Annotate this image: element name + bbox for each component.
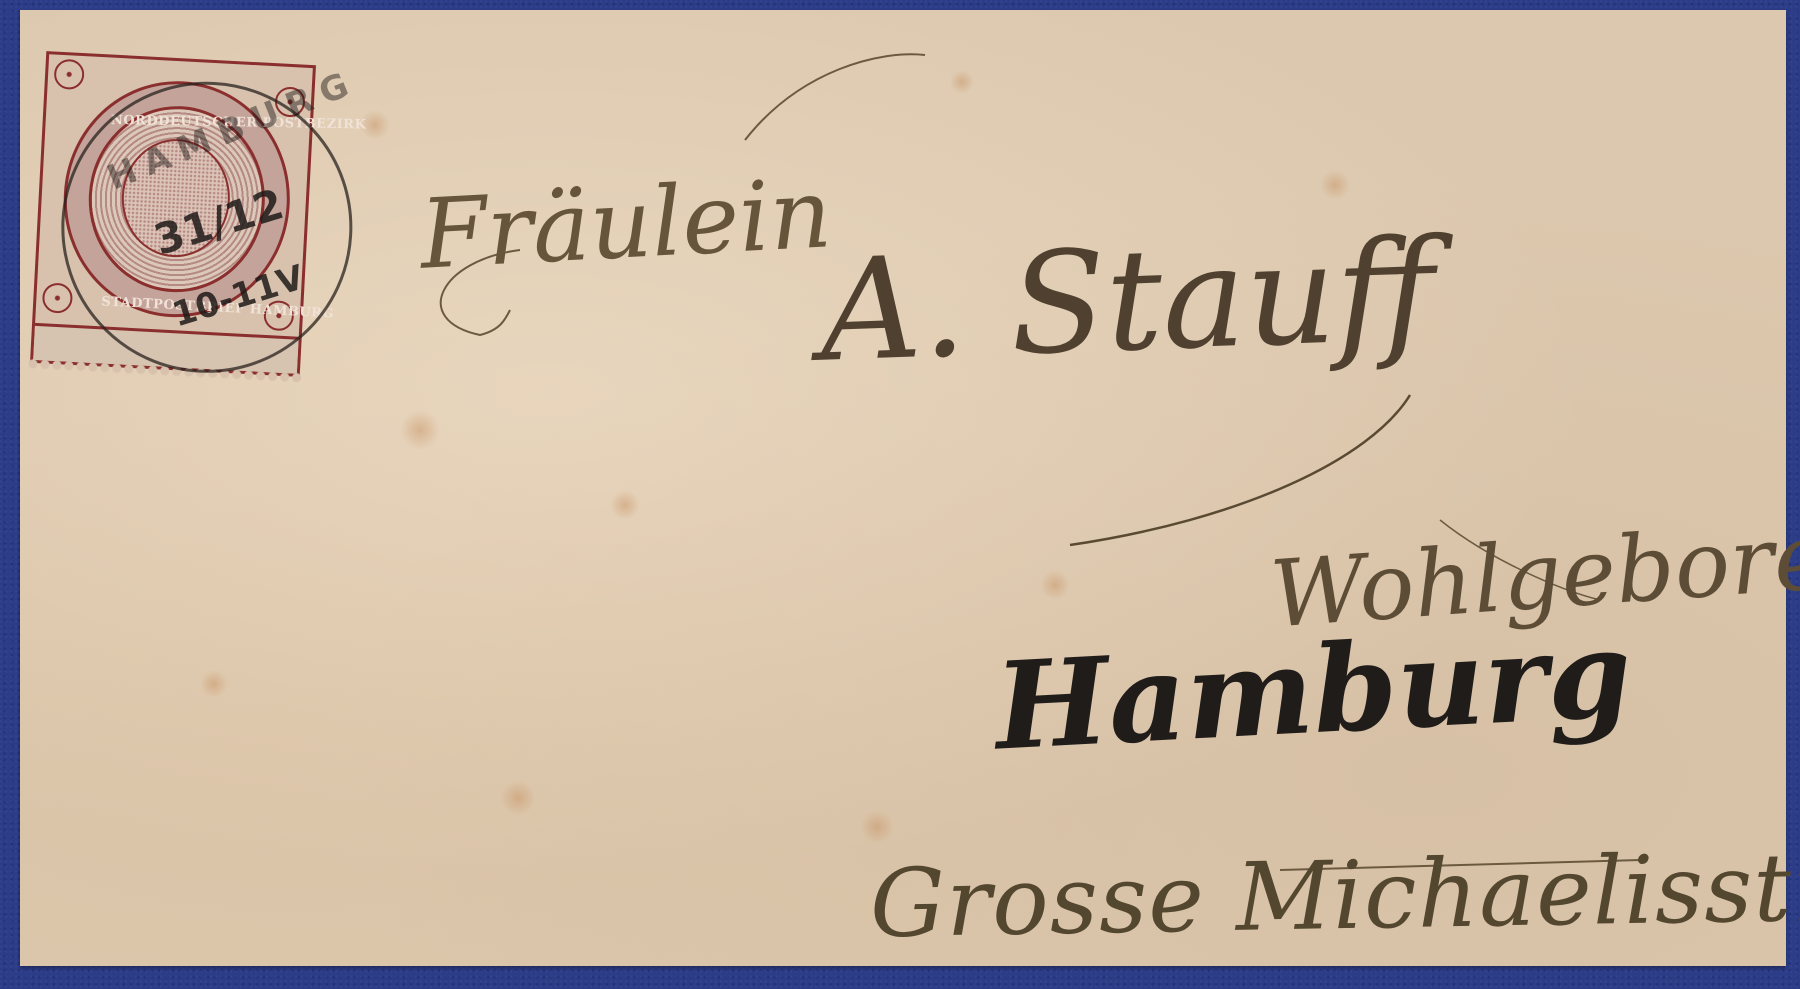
foxing-stain: [500, 780, 536, 816]
foxing-stain: [950, 70, 974, 94]
postage-stamp: NORDDEUTSCHER POSTBEZIRK STADTPOSTBRIEF …: [30, 51, 316, 377]
address-name: A. Stauff: [817, 209, 1437, 393]
address-salutation: Fräulein: [417, 157, 834, 290]
address-street: Grosse Michaelisstrasse: [869, 830, 1800, 960]
stamp-corner-ornament: [42, 282, 74, 314]
foxing-stain: [610, 490, 640, 520]
foxing-stain: [1040, 570, 1070, 600]
postmark-date: 31/12: [148, 179, 289, 265]
foxing-stain: [1320, 170, 1350, 200]
foxing-stain: [200, 670, 228, 698]
postmark-time: 10-11V: [168, 258, 309, 336]
foxing-stain: [860, 810, 894, 844]
foxing-stain: [400, 410, 440, 450]
stamp-corner-ornament: [53, 59, 85, 91]
